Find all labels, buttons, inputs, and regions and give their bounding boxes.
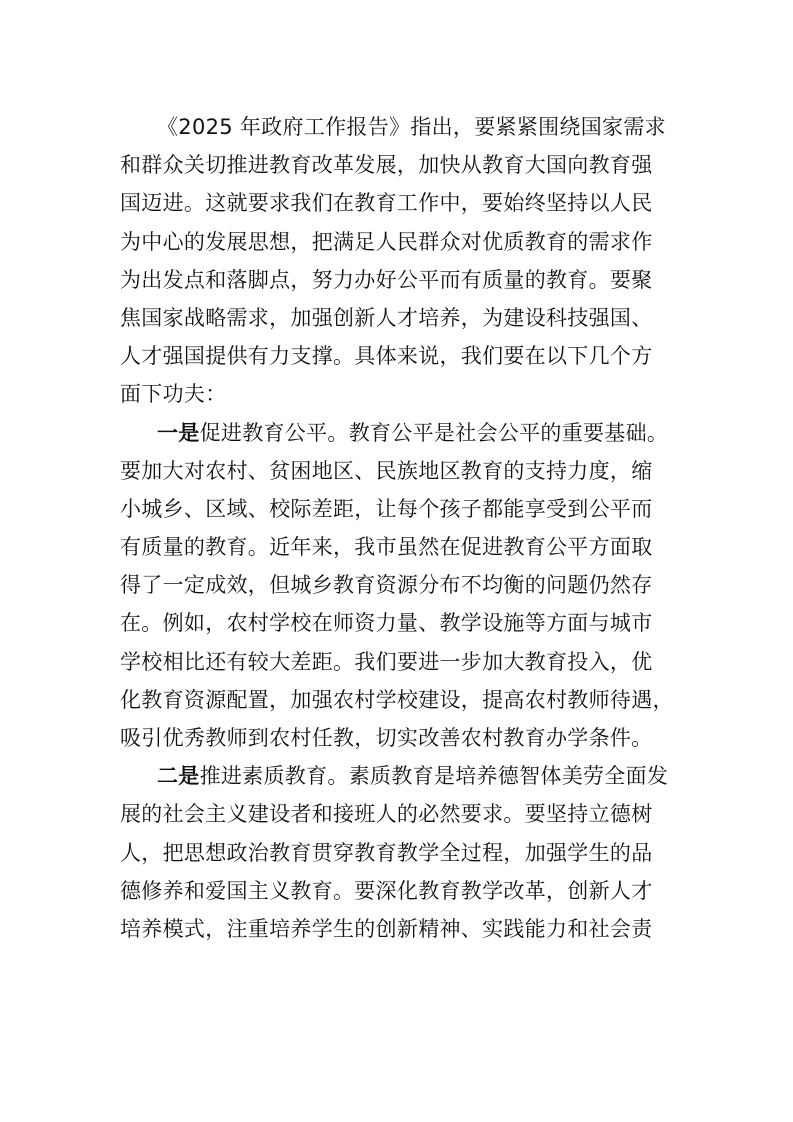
text-line: 在。例如，农村学校在师资力量、教学设施等方面与城市 bbox=[120, 604, 680, 642]
paragraph-education-equity: 一是促进教育公平。教育公平是社会公平的重要基础。 要加大对农村、贫困地区、民族地… bbox=[120, 414, 680, 758]
document-body: 《2025 年政府工作报告》指出，要紧紧围绕国家需求 和群众关切推进教育改革发展… bbox=[120, 108, 680, 948]
text-line: 有质量的教育。近年来，我市虽然在促进教育公平方面取 bbox=[120, 528, 680, 566]
text-line: 为出发点和落脚点，努力办好公平而有质量的教育。要聚 bbox=[120, 261, 680, 299]
text-line: 和群众关切推进教育改革发展，加快从教育大国向教育强 bbox=[120, 146, 680, 184]
paragraph-lead: 二是 bbox=[157, 764, 200, 788]
paragraph-intro: 《2025 年政府工作报告》指出，要紧紧围绕国家需求 和群众关切推进教育改革发展… bbox=[120, 108, 680, 414]
text-line: 要加大对农村、贫困地区、民族地区教育的支持力度，缩 bbox=[120, 452, 680, 490]
text-line: 面下功夫： bbox=[120, 375, 680, 413]
text-line: 人才强国提供有力支撑。具体来说，我们要在以下几个方 bbox=[120, 337, 680, 375]
text-line: 学校相比还有较大差距。我们要进一步加大教育投入，优 bbox=[120, 643, 680, 681]
text-line: 得了一定成效，但城乡教育资源分布不均衡的问题仍然存 bbox=[120, 566, 680, 604]
text-line: 焦国家战略需求，加强创新人才培养，为建设科技强国、 bbox=[120, 299, 680, 337]
text-line: 《2025 年政府工作报告》指出，要紧紧围绕国家需求 bbox=[120, 108, 680, 146]
text-line: 化教育资源配置，加强农村学校建设，提高农村教师待遇， bbox=[120, 681, 680, 719]
text-line: 二是推进素质教育。素质教育是培养德智体美劳全面发 bbox=[120, 757, 680, 795]
paragraph-lead: 一是 bbox=[157, 421, 200, 445]
paragraph-quality-education: 二是推进素质教育。素质教育是培养德智体美劳全面发 展的社会主义建设者和接班人的必… bbox=[120, 757, 680, 948]
text-line: 小城乡、区域、校际差距，让每个孩子都能享受到公平而 bbox=[120, 490, 680, 528]
text-line: 德修养和爱国主义教育。要深化教育教学改革，创新人才 bbox=[120, 872, 680, 910]
text-line: 一是促进教育公平。教育公平是社会公平的重要基础。 bbox=[120, 414, 680, 452]
document-page: 《2025 年政府工作报告》指出，要紧紧围绕国家需求 和群众关切推进教育改革发展… bbox=[0, 0, 793, 1122]
text-line: 为中心的发展思想，把满足人民群众对优质教育的需求作 bbox=[120, 223, 680, 261]
text-line-rest: 促进教育公平。教育公平是社会公平的重要基础。 bbox=[200, 421, 669, 445]
text-line: 国迈进。这就要求我们在教育工作中，要始终坚持以人民 bbox=[120, 184, 680, 222]
text-line: 培养模式，注重培养学生的创新精神、实践能力和社会责 bbox=[120, 910, 680, 948]
text-line-rest: 推进素质教育。素质教育是培养德智体美劳全面发 bbox=[200, 764, 669, 788]
text-line: 吸引优秀教师到农村任教，切实改善农村教育办学条件。 bbox=[120, 719, 680, 757]
text-line: 展的社会主义建设者和接班人的必然要求。要坚持立德树 bbox=[120, 795, 680, 833]
text-line: 人，把思想政治教育贯穿教育教学全过程，加强学生的品 bbox=[120, 834, 680, 872]
